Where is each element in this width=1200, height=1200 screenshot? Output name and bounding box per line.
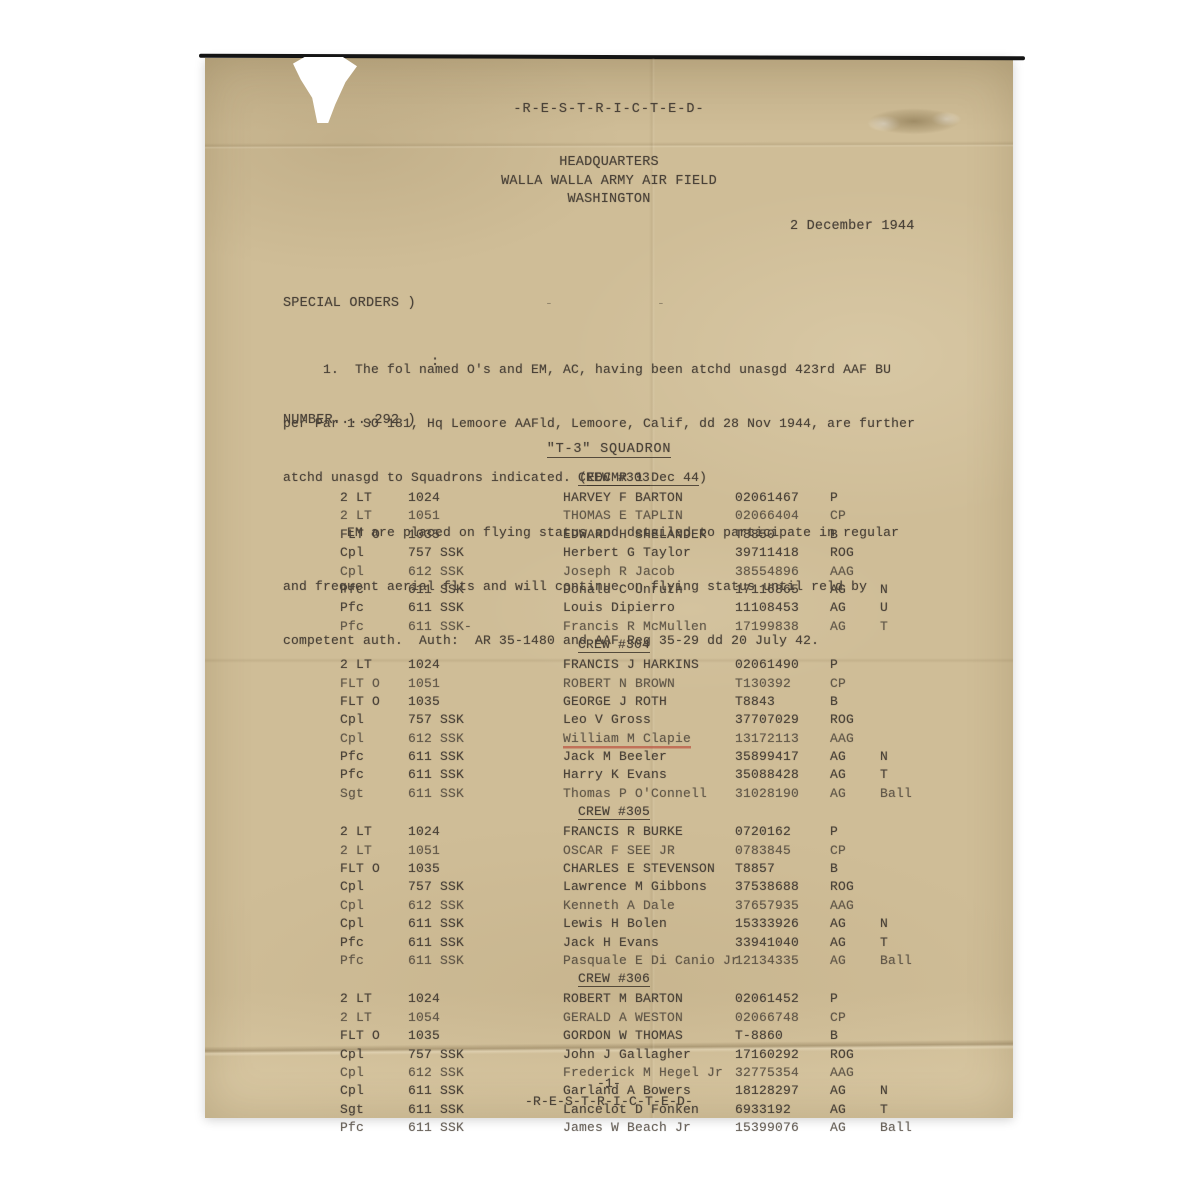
rank-cell: 2 LT (340, 1010, 372, 1025)
special-orders-line: SPECIAL ORDERS ) (283, 294, 439, 314)
station-cell: Ball (880, 1120, 912, 1135)
mos-cell: 611 SSK (408, 935, 464, 950)
name-cell: Thomas P O'Connell (563, 786, 707, 801)
station-cell: T (880, 935, 888, 950)
name-cell: William M Clapie (563, 731, 691, 746)
rank-cell: 2 LT (340, 490, 372, 505)
table-row: Pfc611 SSKPasquale E Di Canio Jr12134335… (205, 953, 1013, 971)
rank-cell: Pfc (340, 767, 364, 782)
rank-cell: 2 LT (340, 657, 372, 672)
mos-cell: 612 SSK (408, 731, 464, 746)
rank-cell: Cpl (340, 1047, 364, 1062)
name-cell: James W Beach Jr (563, 1120, 691, 1135)
rank-cell: Sgt (340, 786, 364, 801)
mos-cell: 757 SSK (408, 1047, 464, 1062)
rank-cell: Pfc (340, 582, 364, 597)
mos-cell: 611 SSK (408, 582, 464, 597)
serial-cell: 35088428 (735, 767, 799, 782)
table-row: Pfc611 SSKHarry K Evans35088428AGT (205, 767, 1013, 785)
serial-cell: 11108453 (735, 600, 799, 615)
page-footer: -1- -R-E-S-T-R-I-C-T-E-D- (205, 1075, 1013, 1111)
rank-cell: Cpl (340, 916, 364, 931)
mos-cell: 611 SSK (408, 749, 464, 764)
rank-cell: FLT O (340, 676, 380, 691)
table-row: Cpl757 SSKLawrence M Gibbons37538688ROG (205, 879, 1013, 897)
mos-cell: 1035 (408, 694, 440, 709)
name-cell: Jack M Beeler (563, 749, 667, 764)
rank-cell: Pfc (340, 1120, 364, 1135)
position-cell: B (830, 861, 838, 876)
serial-cell: 17160292 (735, 1047, 799, 1062)
rank-cell: 2 LT (340, 991, 372, 1006)
table-row: 2 LT1024FRANCIS J HARKINS02061490P (205, 657, 1013, 675)
table-row: FLT O1035GEORGE J ROTHT8843B (205, 694, 1013, 712)
station-cell: Ball (880, 953, 912, 968)
table-row: Pfc611 SSKJames W Beach Jr15399076AGBall (205, 1120, 1013, 1138)
document-page: -R-E-S-T-R-I-C-T-E-D- HEADQUARTERS WALLA… (205, 58, 1013, 1118)
serial-cell: 02066404 (735, 508, 799, 523)
mos-cell: 1051 (408, 843, 440, 858)
position-cell: B (830, 694, 838, 709)
state-line: WASHINGTON (205, 191, 1013, 210)
rank-cell: Pfc (340, 935, 364, 950)
table-row: FLT O1035EDWARD H SHELANDERT8850B (205, 527, 1013, 545)
crew-heading: CREW #305 (205, 804, 1013, 823)
mos-cell: 611 SSK- (408, 619, 472, 634)
name-cell: CHARLES E STEVENSON (563, 861, 715, 876)
position-cell: AG (830, 582, 846, 597)
crew-heading: CREW #306 (205, 971, 1013, 990)
serial-cell: 13172113 (735, 731, 799, 746)
table-row: 2 LT1024ROBERT M BARTON02061452P (205, 991, 1013, 1009)
position-cell: CP (830, 676, 846, 691)
crew-heading-text: CREW #304 (578, 637, 650, 653)
mos-cell: 1024 (408, 991, 440, 1006)
mos-cell: 611 SSK (408, 600, 464, 615)
table-row: Pfc611 SSKJack H Evans33941040AGT (205, 935, 1013, 953)
table-row: Pfc611 SSKJack M Beeler35899417AGN (205, 749, 1013, 767)
mos-cell: 1035 (408, 1028, 440, 1043)
position-cell: B (830, 527, 838, 542)
table-row: 2 LT1024HARVEY F BARTON02061467P (205, 490, 1013, 508)
name-cell: FRANCIS J HARKINS (563, 657, 699, 672)
serial-cell: 02061490 (735, 657, 799, 672)
crew-heading-text: CREW #305 (578, 804, 650, 820)
mos-cell: 611 SSK (408, 953, 464, 968)
position-cell: P (830, 824, 838, 839)
rank-cell: FLT O (340, 861, 380, 876)
table-row: Cpl612 SSKJoseph R Jacob38554896AAG (205, 564, 1013, 582)
rank-cell: FLT O (340, 527, 380, 542)
position-cell: CP (830, 843, 846, 858)
name-cell: OSCAR F SEE JR (563, 843, 675, 858)
mos-cell: 1051 (408, 508, 440, 523)
serial-cell: T-8860 (735, 1028, 783, 1043)
name-cell: Pasquale E Di Canio Jr (563, 953, 739, 968)
mos-cell: 757 SSK (408, 545, 464, 560)
position-cell: B (830, 1028, 838, 1043)
serial-cell: 17116865 (735, 582, 799, 597)
letterhead: HEADQUARTERS WALLA WALLA ARMY AIR FIELD … (205, 154, 1013, 210)
table-row: Cpl612 SSKWilliam M Clapie13172113AAG (205, 731, 1013, 749)
serial-cell: T8850 (735, 527, 775, 542)
name-cell: THOMAS E TAPLIN (563, 508, 683, 523)
name-cell: Donald C Unruth (563, 582, 683, 597)
station-cell: T (880, 619, 888, 634)
crew-heading-text: CREW #306 (578, 971, 650, 987)
scanned-document-canvas: -R-E-S-T-R-I-C-T-E-D- HEADQUARTERS WALLA… (0, 0, 1200, 1200)
position-cell: AG (830, 767, 846, 782)
name-cell: Lawrence M Gibbons (563, 879, 707, 894)
position-cell: ROG (830, 712, 854, 727)
position-cell: ROG (830, 1047, 854, 1062)
position-cell: CP (830, 1010, 846, 1025)
name-cell: Harry K Evans (563, 767, 667, 782)
serial-cell: 37538688 (735, 879, 799, 894)
position-cell: ROG (830, 879, 854, 894)
table-row: 2 LT1054GERALD A WESTON02066748CP (205, 1010, 1013, 1028)
serial-cell: 12134335 (735, 953, 799, 968)
station-cell: N (880, 749, 888, 764)
table-row: FLT O1051ROBERT N BROWNT130392CP (205, 676, 1013, 694)
position-cell: P (830, 657, 838, 672)
table-row: Pfc611 SSKDonald C Unruth17116865AGN (205, 582, 1013, 600)
table-row: 2 LT1051THOMAS E TAPLIN02066404CP (205, 508, 1013, 526)
crew-heading: CREW #304 (205, 637, 1013, 656)
mos-cell: 611 SSK (408, 786, 464, 801)
fold-crease-top (205, 141, 1013, 149)
mos-cell: 757 SSK (408, 879, 464, 894)
rank-cell: 2 LT (340, 508, 372, 523)
classification-banner-bottom: -R-E-S-T-R-I-C-T-E-D- (205, 1093, 1013, 1111)
rank-cell: Pfc (340, 600, 364, 615)
position-cell: ROG (830, 545, 854, 560)
mos-cell: 1024 (408, 824, 440, 839)
position-cell: AAG (830, 731, 854, 746)
rank-cell: Cpl (340, 545, 364, 560)
paragraph-1-line-1: 1. The fol named O's and EM, AC, having … (283, 361, 915, 379)
name-cell: John J Gallagher (563, 1047, 691, 1062)
crew-heading: CREW #303 (205, 470, 1013, 489)
mos-cell: 612 SSK (408, 564, 464, 579)
rank-cell: Cpl (340, 712, 364, 727)
serial-cell: 15333926 (735, 916, 799, 931)
name-cell: GORDON W THOMAS (563, 1028, 683, 1043)
serial-cell: 02061467 (735, 490, 799, 505)
name-cell: Louis Dipierro (563, 600, 675, 615)
position-cell: AG (830, 953, 846, 968)
rank-cell: Cpl (340, 731, 364, 746)
serial-cell: 35899417 (735, 749, 799, 764)
rank-cell: Pfc (340, 953, 364, 968)
table-row: 2 LT1024FRANCIS R BURKE0720162P (205, 824, 1013, 842)
table-row: Pfc611 SSKLouis Dipierro11108453AGU (205, 600, 1013, 618)
serial-cell: 02061452 (735, 991, 799, 1006)
rank-cell: FLT O (340, 694, 380, 709)
position-cell: AAG (830, 564, 854, 579)
position-cell: AAG (830, 898, 854, 913)
serial-cell: 37707029 (735, 712, 799, 727)
position-cell: P (830, 991, 838, 1006)
rank-cell: 2 LT (340, 824, 372, 839)
name-cell: ROBERT M BARTON (563, 991, 683, 1006)
mos-cell: 611 SSK (408, 767, 464, 782)
document-date: 2 December 1944 (790, 219, 915, 234)
position-cell: AG (830, 749, 846, 764)
table-row: Cpl757 SSKLeo V Gross37707029ROG (205, 712, 1013, 730)
station-cell: N (880, 916, 888, 931)
rank-cell: Cpl (340, 879, 364, 894)
station-cell: T (880, 767, 888, 782)
mos-cell: 611 SSK (408, 916, 464, 931)
mos-cell: 1051 (408, 676, 440, 691)
name-cell: Kenneth A Dale (563, 898, 675, 913)
position-cell: AG (830, 619, 846, 634)
serial-cell: T130392 (735, 676, 791, 691)
name-cell: Lewis H Bolen (563, 916, 667, 931)
serial-cell: 0720162 (735, 824, 791, 839)
name-cell: FRANCIS R BURKE (563, 824, 683, 839)
mos-cell: 1035 (408, 527, 440, 542)
mos-cell: 611 SSK (408, 1120, 464, 1135)
airfield-line: WALLA WALLA ARMY AIR FIELD (205, 173, 1013, 192)
mos-cell: 757 SSK (408, 712, 464, 727)
page-number: -1- (205, 1075, 1013, 1093)
table-row: Pfc611 SSK-Francis R McMullen17199838AGT (205, 619, 1013, 637)
mos-cell: 1024 (408, 490, 440, 505)
name-cell: HARVEY F BARTON (563, 490, 683, 505)
paragraph-1-line-2: per Par 1 SO 181, Hq Lemoore AAFld, Lemo… (283, 415, 915, 433)
serial-cell: T8843 (735, 694, 775, 709)
serial-cell: 33941040 (735, 935, 799, 950)
table-row: Cpl611 SSKLewis H Bolen15333926AGN (205, 916, 1013, 934)
rank-cell: Pfc (340, 619, 364, 634)
squadron-heading: "T-3" SQUADRON (205, 442, 1013, 457)
crew-heading-text: CREW #303 (578, 470, 650, 486)
serial-cell: 15399076 (735, 1120, 799, 1135)
name-cell: Joseph R Jacob (563, 564, 675, 579)
serial-cell: 37657935 (735, 898, 799, 913)
table-row: Sgt611 SSKThomas P O'Connell31028190AGBa… (205, 786, 1013, 804)
serial-cell: 02066748 (735, 1010, 799, 1025)
position-cell: P (830, 490, 838, 505)
name-cell: Jack H Evans (563, 935, 659, 950)
rank-cell: FLT O (340, 1028, 380, 1043)
table-row: 2 LT1051OSCAR F SEE JR0783845CP (205, 843, 1013, 861)
name-cell: Leo V Gross (563, 712, 651, 727)
position-cell: AG (830, 786, 846, 801)
mos-cell: 1024 (408, 657, 440, 672)
mos-cell: 1035 (408, 861, 440, 876)
rank-cell: Cpl (340, 898, 364, 913)
name-cell: Herbert G Taylor (563, 545, 691, 560)
mos-cell: 1054 (408, 1010, 440, 1025)
squadron-heading-text: "T-3" SQUADRON (547, 442, 672, 458)
table-row: Cpl612 SSKKenneth A Dale37657935AAG (205, 898, 1013, 916)
smudge-mark: - (657, 296, 665, 311)
name-cell: GERALD A WESTON (563, 1010, 683, 1025)
roster: CREW #3032 LT1024HARVEY F BARTON02061467… (205, 470, 1013, 1139)
mos-cell: 612 SSK (408, 898, 464, 913)
name-cell: GEORGE J ROTH (563, 694, 667, 709)
name-cell: EDWARD H SHELANDER (563, 527, 707, 542)
serial-cell: 39711418 (735, 545, 799, 560)
serial-cell: 38554896 (735, 564, 799, 579)
rank-cell: Cpl (340, 564, 364, 579)
table-row: Cpl757 SSKHerbert G Taylor39711418ROG (205, 545, 1013, 563)
table-row: FLT O1035GORDON W THOMAST-8860B (205, 1028, 1013, 1046)
table-row: FLT O1035CHARLES E STEVENSONT8857B (205, 861, 1013, 879)
station-cell: U (880, 600, 888, 615)
serial-cell: 31028190 (735, 786, 799, 801)
name-cell: Francis R McMullen (563, 619, 707, 634)
serial-cell: 17199838 (735, 619, 799, 634)
station-cell: N (880, 582, 888, 597)
position-cell: CP (830, 508, 846, 523)
station-cell: Ball (880, 786, 912, 801)
rank-cell: Pfc (340, 749, 364, 764)
name-cell: ROBERT N BROWN (563, 676, 675, 691)
classification-banner-top: -R-E-S-T-R-I-C-T-E-D- (205, 102, 1013, 117)
smudge-mark: - (545, 296, 553, 311)
serial-cell: 0783845 (735, 843, 791, 858)
serial-cell: T8857 (735, 861, 775, 876)
position-cell: AG (830, 916, 846, 931)
position-cell: AG (830, 935, 846, 950)
position-cell: AG (830, 600, 846, 615)
rank-cell: 2 LT (340, 843, 372, 858)
table-row: Cpl757 SSKJohn J Gallagher17160292ROG (205, 1047, 1013, 1065)
position-cell: AG (830, 1120, 846, 1135)
headquarters-line: HEADQUARTERS (205, 154, 1013, 173)
